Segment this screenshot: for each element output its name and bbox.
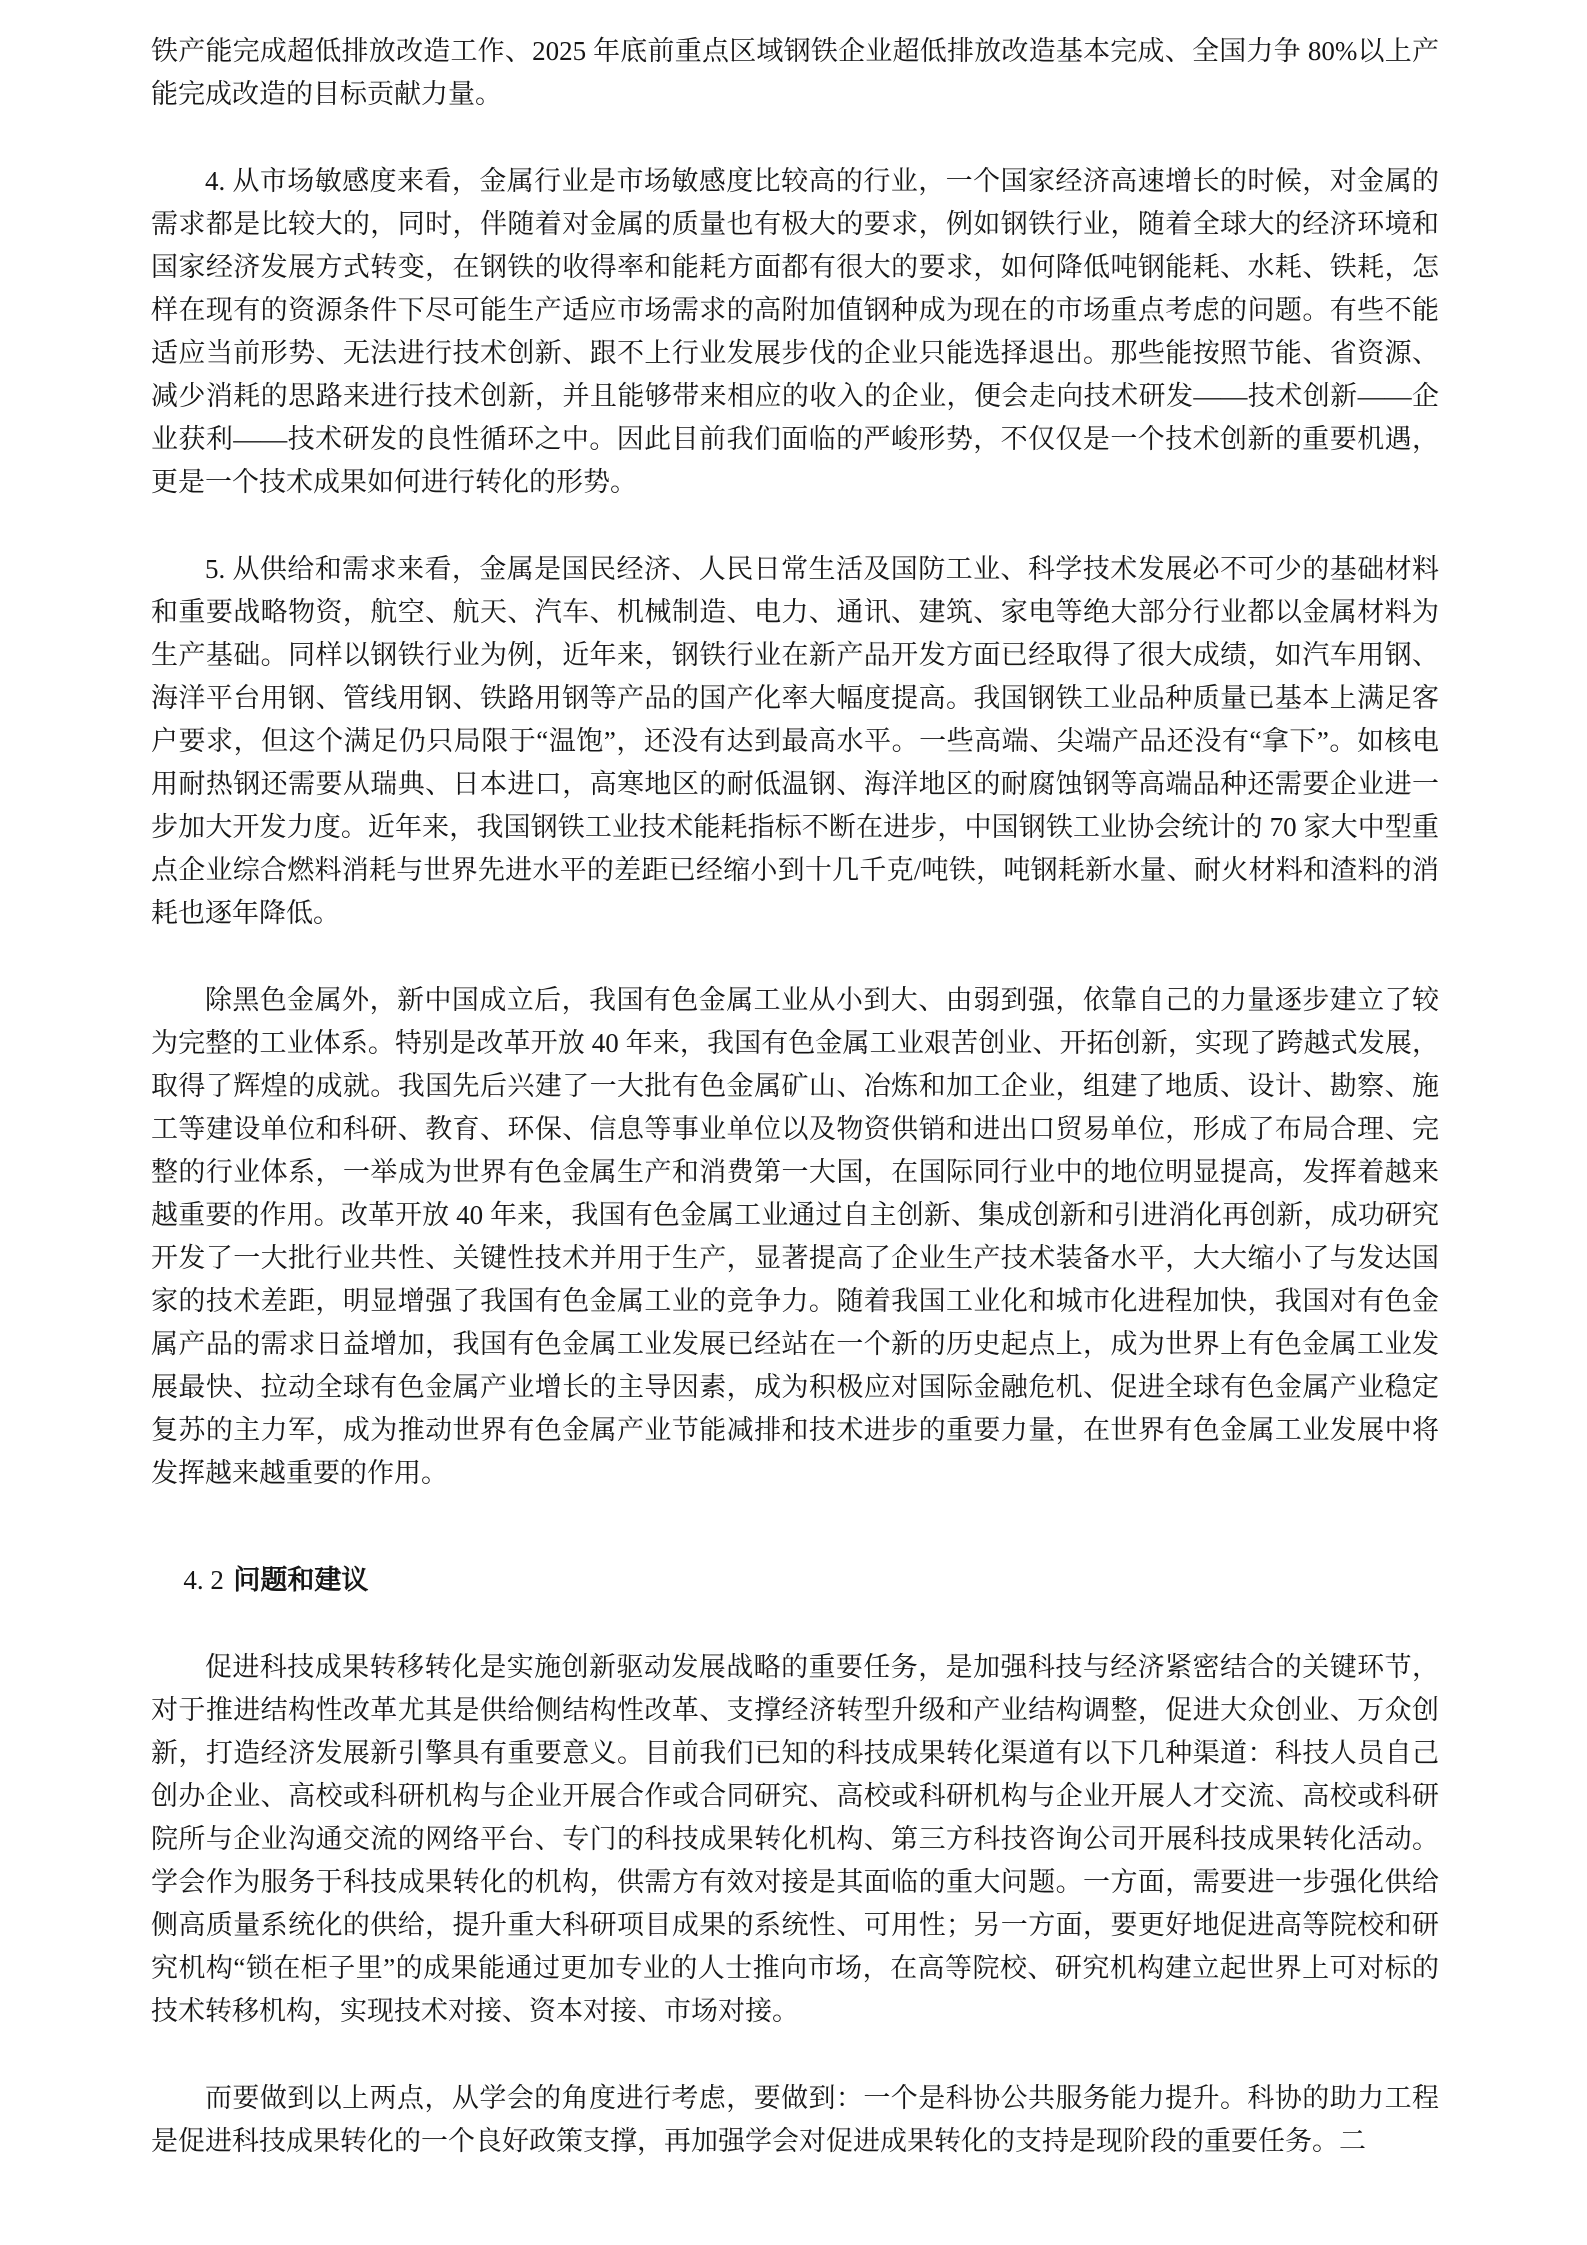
document-page: 铁产能完成超低排放改造工作、2025 年底前重点区域钢铁企业超低排放改造基本完成…	[0, 0, 1587, 2245]
paragraph-tech-transfer: 促进科技成果转移转化是实施创新驱动发展战略的重要任务，是加强科技与经济紧密结合的…	[151, 1646, 1439, 2033]
section-number: 4. 2	[183, 1565, 224, 1595]
section-title: 问题和建议	[233, 1565, 368, 1595]
paragraph-market-sensitivity: 4. 从市场敏感度来看，金属行业是市场敏感度比较高的行业，一个国家经济高速增长的…	[151, 160, 1439, 504]
paragraph-nonferrous-metals: 除黑色金属外，新中国成立后，我国有色金属工业从小到大、由弱到强，依靠自己的力量逐…	[151, 979, 1439, 1495]
document-body: 铁产能完成超低排放改造工作、2025 年底前重点区域钢铁企业超低排放改造基本完成…	[151, 30, 1439, 2163]
paragraph-cast-role: 而要做到以上两点，从学会的角度进行考虑，要做到：一个是科协公共服务能力提升。科协…	[151, 2077, 1439, 2163]
section-heading: 4. 2问题和建议	[151, 1559, 1439, 1602]
paragraph-supply-demand: 5. 从供给和需求来看，金属是国民经济、人民日常生活及国防工业、科学技术发展必不…	[151, 548, 1439, 935]
paragraph-continuation: 铁产能完成超低排放改造工作、2025 年底前重点区域钢铁企业超低排放改造基本完成…	[151, 30, 1439, 116]
